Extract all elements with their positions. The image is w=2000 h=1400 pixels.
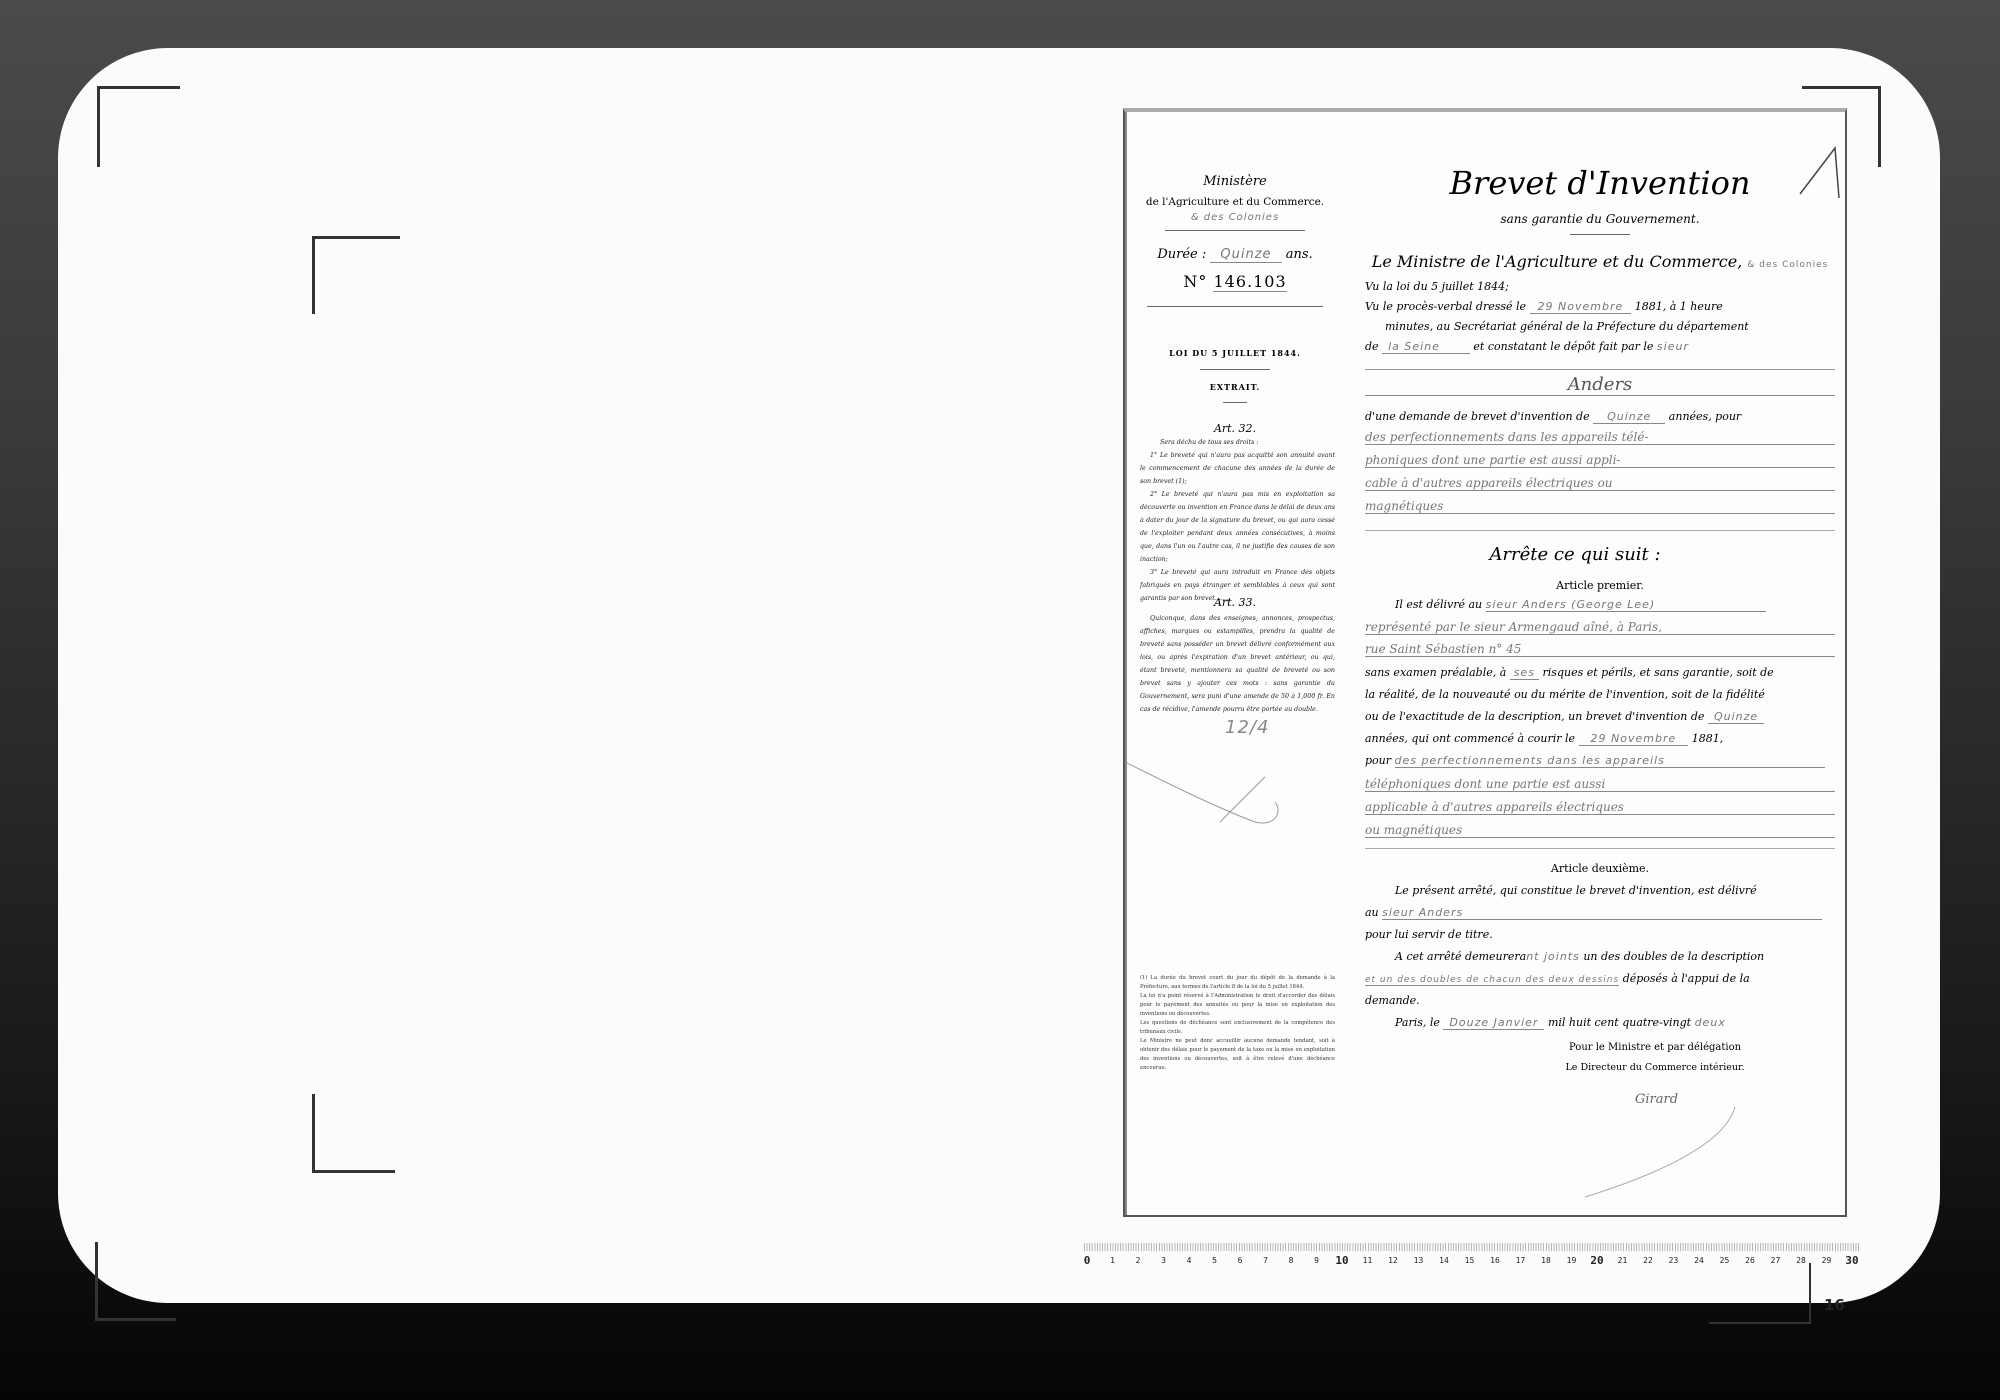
- crop-mark-top-left-outer: [97, 86, 180, 167]
- ministry-heading: Ministère: [1125, 174, 1345, 189]
- divider: [1570, 234, 1630, 235]
- margin-scribble-icon: [1125, 752, 1285, 832]
- article-2-text: pour lui servir de titre.: [1365, 928, 1835, 941]
- handwritten-one-icon: [1795, 142, 1845, 202]
- ruler-ticks: [1084, 1243, 1859, 1251]
- ruler-label: 14: [1439, 1256, 1449, 1265]
- ruler-label: 15: [1465, 1256, 1475, 1265]
- ruler-label: 7: [1263, 1256, 1268, 1265]
- invention-title-line: des perfectionnements dans les appareils…: [1365, 430, 1835, 445]
- text: de: [1365, 340, 1379, 353]
- demande-duree: Quinze: [1593, 410, 1665, 424]
- article-2-heading: Article deuxième.: [1365, 862, 1835, 875]
- ruler-label: 22: [1643, 1256, 1653, 1265]
- signature-flourish-icon: [1545, 1102, 1745, 1202]
- crop-mark-top-left-inner: [312, 236, 400, 314]
- article-32-line: 2° Le breveté qui n'aura pas mis en expl…: [1140, 488, 1335, 566]
- ruler-label: 13: [1414, 1256, 1424, 1265]
- beneficiary-line: représenté par le sieur Armengaud aîné, …: [1365, 620, 1835, 635]
- ruler-label: 26: [1745, 1256, 1755, 1265]
- date-value: Douze Janvier: [1443, 1016, 1544, 1030]
- ruler-label: 21: [1618, 1256, 1628, 1265]
- ruler-label: 29: [1822, 1256, 1832, 1265]
- divider: [1365, 369, 1835, 370]
- departement-value: la Seine: [1382, 340, 1470, 354]
- patent-number: N° 146.103: [1125, 272, 1345, 291]
- text: Il est délivré au: [1365, 598, 1482, 611]
- duration-unit: ans.: [1286, 247, 1313, 262]
- article-2-text: demande.: [1365, 994, 1835, 1007]
- footnote-line: Les questions de déchéance sont exclusiv…: [1140, 1019, 1335, 1037]
- ruler-label: 17: [1516, 1256, 1526, 1265]
- text: pour: [1365, 754, 1391, 767]
- ruler-label: 0: [1084, 1254, 1091, 1267]
- ruler-label: 28: [1796, 1256, 1806, 1265]
- number-value: 146.103: [1213, 272, 1286, 292]
- invention-title-line: phoniques dont une partie est aussi appl…: [1365, 453, 1835, 468]
- signature-line-1: Pour le Ministre et par délégation: [1475, 1042, 1835, 1053]
- ruler-label: 4: [1187, 1256, 1192, 1265]
- invention-title-line: cable à d'autres appareils électriques o…: [1365, 476, 1835, 491]
- footnote-line: Le Ministre ne peut donc accueillir aucu…: [1140, 1037, 1335, 1073]
- demande-line: d'une demande de brevet d'invention de Q…: [1365, 410, 1835, 423]
- ruler-label: 6: [1238, 1256, 1243, 1265]
- divider: [1365, 530, 1835, 531]
- ministre-line: Le Ministre de l'Agriculture et du Comme…: [1365, 252, 1835, 271]
- text: et constatant le dépôt fait par le: [1473, 340, 1653, 353]
- article-1-duree: Quinze: [1708, 710, 1764, 724]
- invention-line: des perfectionnements dans les appareils: [1395, 754, 1825, 768]
- article-33-text: Quiconque, dans des enseignes, annonces,…: [1140, 612, 1335, 716]
- text: servir de titre.: [1412, 928, 1493, 941]
- measurement-ruler: 0123456789101112131415161718192021222324…: [1084, 1243, 1859, 1271]
- text: un des doubles de la description: [1583, 950, 1764, 963]
- document-title: Brevet d'Invention: [1365, 164, 1835, 202]
- ruler-label: 8: [1289, 1256, 1294, 1265]
- article-1-date: 29 Novembre: [1579, 732, 1689, 746]
- vu-loi-line: Vu la loi du 5 juillet 1844;: [1365, 280, 1835, 293]
- ministre-text: Le Ministre de l'Agriculture et du Comme…: [1372, 252, 1743, 271]
- article-33-title: Art. 33.: [1125, 596, 1345, 609]
- ruler-label: 20: [1590, 1254, 1603, 1267]
- text: risques et périls, et sans garantie, soi…: [1543, 666, 1774, 679]
- ruler-label: 18: [1541, 1256, 1551, 1265]
- ses: ses: [1510, 666, 1539, 680]
- divider: [1200, 369, 1270, 370]
- article-1-text: années, qui ont commencé à courir le 29 …: [1365, 732, 1835, 745]
- right-column: Brevet d'Invention sans garantie du Gouv…: [1365, 112, 1835, 1215]
- beneficiary-line: sieur Anders (George Lee): [1486, 598, 1766, 612]
- joint: nt joints: [1526, 950, 1580, 963]
- text: sans examen préalable, à: [1365, 666, 1506, 679]
- article-2-text: A cet arrêté demeurerant joints un des d…: [1365, 950, 1865, 963]
- colonies-annotation: & des Colonies: [1125, 212, 1345, 223]
- page-number-bracket: [1809, 1263, 1811, 1323]
- page-mark: [1795, 142, 1845, 206]
- text: d'une demande de brevet d'invention de: [1365, 410, 1590, 423]
- article-1-beneficiary: Il est délivré au sieur Anders (George L…: [1365, 598, 1835, 612]
- recipient-name: sieur Anders: [1382, 906, 1822, 920]
- extract-heading: EXTRAIT.: [1125, 382, 1345, 392]
- article-2-text: et un des doubles de chacun des deux des…: [1365, 972, 1835, 985]
- date-line: Paris, le Douze Janvier mil huit cent qu…: [1365, 1016, 1865, 1029]
- crop-mark-bottom-left-outer: [95, 1242, 176, 1321]
- departement-line: de la Seine et constatant le dépôt fait …: [1365, 340, 1835, 353]
- margin-note: 12/4: [1225, 717, 1269, 738]
- ministre-annotation: & des Colonies: [1747, 260, 1828, 270]
- ruler-label: 25: [1720, 1256, 1730, 1265]
- ruler-label: 9: [1314, 1256, 1319, 1265]
- ruler-label: 23: [1669, 1256, 1679, 1265]
- article-32-title: Art. 32.: [1125, 422, 1345, 435]
- article-1-heading: Article premier.: [1365, 579, 1835, 592]
- vu-pv-line: Vu le procès-verbal dressé le 29 Novembr…: [1365, 300, 1835, 313]
- pv-date: 29 Novembre: [1530, 300, 1632, 314]
- ruler-label: 5: [1212, 1256, 1217, 1265]
- article-1-text: la réalité, de la nouveauté ou du mérite…: [1365, 688, 1835, 701]
- depositor-name: Anders: [1365, 374, 1835, 396]
- article-1-text: ou de l'exactitude de la description, un…: [1365, 710, 1835, 723]
- ruler-label: 16: [1490, 1256, 1500, 1265]
- invention-title-line: magnétiques: [1365, 499, 1835, 514]
- article-32-line: 1° Le breveté qui n'aura pas acquitté so…: [1140, 449, 1335, 488]
- ruler-label: 1: [1110, 1256, 1115, 1265]
- divider: [1147, 306, 1323, 307]
- patent-document-page: Ministère de l'Agriculture et du Commerc…: [1123, 108, 1847, 1217]
- dessins-annotation: et un des doubles de chacun des deux des…: [1365, 975, 1619, 986]
- duration-label: Durée :: [1157, 247, 1206, 262]
- article-32-line: Sera déchu de tous ses droits :: [1140, 436, 1335, 449]
- left-column: Ministère de l'Agriculture et du Commerc…: [1125, 112, 1345, 1215]
- text: Paris, le: [1395, 1016, 1440, 1029]
- text: ou de l'exactitude de la description, un…: [1365, 710, 1704, 723]
- beneficiary-line: rue Saint Sébastien n° 45: [1365, 642, 1835, 657]
- minutes-line: minutes, au Secrétariat général de la Pr…: [1365, 320, 1855, 333]
- invention-line: ou magnétiques: [1365, 823, 1835, 838]
- law-title: LOI DU 5 JUILLET 1844.: [1125, 348, 1345, 358]
- text: 1881,: [1692, 732, 1724, 745]
- ruler-label: 27: [1771, 1256, 1781, 1265]
- text: années, pour: [1669, 410, 1741, 423]
- ruler-label: 30: [1845, 1254, 1858, 1267]
- text: 1881, à 1 heure: [1635, 300, 1723, 313]
- article-2-recipient: au sieur Anders: [1365, 906, 1835, 920]
- signature-line-2: Le Directeur du Commerce intérieur.: [1475, 1062, 1835, 1073]
- invention-line: applicable à d'autres appareils électriq…: [1365, 800, 1835, 815]
- text: mil huit cent quatre-vingt: [1548, 1016, 1691, 1029]
- ruler-label: 3: [1161, 1256, 1166, 1265]
- text: A cet arrêté demeurera: [1395, 950, 1526, 963]
- arrete-heading: Arrête ce qui suit :: [1365, 544, 1785, 565]
- ruler-label: 2: [1136, 1256, 1141, 1265]
- text: années, qui ont commencé à courir le: [1365, 732, 1575, 745]
- article-32-text: Sera déchu de tous ses droits : 1° Le br…: [1140, 436, 1335, 605]
- ruler-label: 11: [1363, 1256, 1373, 1265]
- article-2-text: Le présent arrêté, qui constitue le brev…: [1365, 884, 1865, 897]
- ruler-label: 19: [1567, 1256, 1577, 1265]
- article-1-text: sans examen préalable, à ses risques et …: [1365, 666, 1835, 679]
- ruler-label: 12: [1388, 1256, 1398, 1265]
- ruler-label: 24: [1694, 1256, 1704, 1265]
- text: Vu le procès-verbal dressé le: [1365, 300, 1526, 313]
- ministry-subheading: de l'Agriculture et du Commerce.: [1125, 196, 1345, 208]
- crop-mark-bottom-left-inner: [312, 1094, 395, 1173]
- invention-line: téléphoniques dont une partie est aussi: [1365, 777, 1835, 792]
- date-year: deux: [1695, 1016, 1726, 1029]
- divider: [1223, 402, 1247, 403]
- article-1-invention: pour des perfectionnements dans les appa…: [1365, 754, 1835, 768]
- footnote-line: La loi n'a point réservé à l'Administrat…: [1140, 992, 1335, 1019]
- footnote-line: (1) La durée du brevet court du jour du …: [1140, 974, 1335, 992]
- text: au: [1365, 906, 1379, 919]
- text: pour lui: [1365, 928, 1409, 941]
- ruler-label: 10: [1335, 1254, 1348, 1267]
- duration-field: Durée : Quinze ans.: [1125, 247, 1345, 262]
- document-subtitle: sans garantie du Gouvernement.: [1365, 212, 1835, 226]
- footnote: (1) La durée du brevet court du jour du …: [1140, 974, 1335, 1073]
- page-number-bracket: [1709, 1322, 1811, 1324]
- text: déposés à l'appui de la: [1623, 972, 1750, 985]
- number-label: N°: [1183, 272, 1207, 291]
- duration-value: Quinze: [1210, 247, 1281, 263]
- divider: [1165, 230, 1305, 231]
- divider: [1365, 848, 1835, 849]
- sieur: sieur: [1657, 340, 1689, 353]
- page-number: 16: [1824, 1296, 1845, 1314]
